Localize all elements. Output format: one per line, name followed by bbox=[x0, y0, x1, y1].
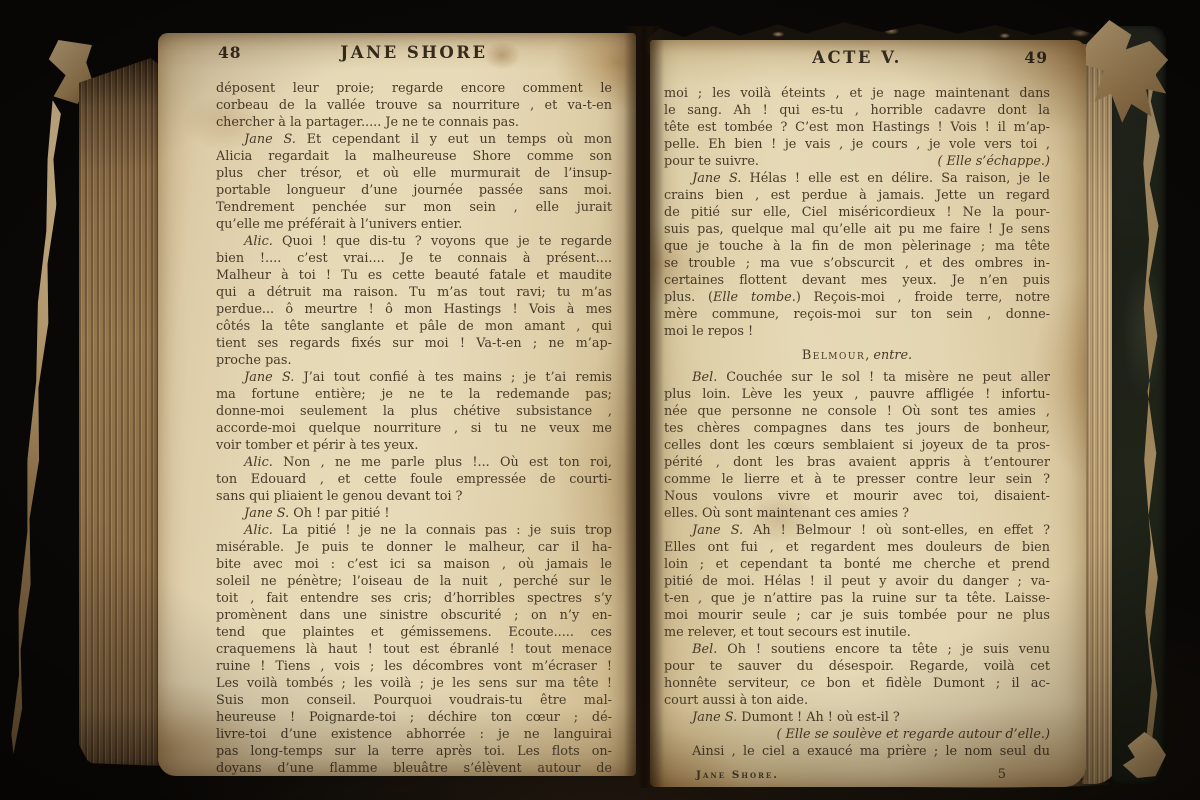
text-line: ton Edouard , et cette foule empressée d… bbox=[216, 471, 612, 488]
text-line: plus. (Elle tombe.) Reçois-moi , froide … bbox=[664, 289, 1050, 306]
text-line: qu’elle me préférait à l’univers entier. bbox=[216, 216, 612, 233]
text-line: bite avec moi : c’est ici sa maison , où… bbox=[216, 556, 612, 573]
text-line: Suis mon conseil. Pourquoi voudrais-tu ê… bbox=[216, 692, 612, 709]
text-line: qui a détruit ma raison. Tu m’as tout ra… bbox=[216, 284, 612, 301]
text-line: proche pas. bbox=[216, 352, 612, 369]
text-line: Jane S. Ah ! Belmour ! où sont-elles, en… bbox=[664, 522, 1050, 539]
text-line: chercher à la partager..... Je ne te con… bbox=[216, 114, 612, 131]
text-line: loin ; et cependant ta bonté me cherche … bbox=[664, 556, 1050, 573]
text-line: perdue... ô meurtre ! ô mon Hastings ! V… bbox=[216, 301, 612, 318]
text-line: toit , fait entendre ses cris; d’horribl… bbox=[216, 590, 612, 607]
text-line: Jane S. Et cependant il y eut un temps o… bbox=[216, 131, 612, 148]
text-line: doyans d’une flamme bleuâtre s’élèvent a… bbox=[216, 760, 612, 777]
text-line: Alic. La pitié ! je ne la connais pas : … bbox=[216, 522, 612, 539]
text-line: plus cher trésor, et où elle murmurait d… bbox=[216, 165, 612, 182]
text-line: côtés la tête sanglante et pâle de mon a… bbox=[216, 318, 612, 335]
text-line: Jane S. J’ai tout confié à tes mains ; j… bbox=[216, 369, 612, 386]
text-line: t-en , que je n’attire pas la ruine sur … bbox=[664, 590, 1050, 607]
text-line: de pitié sur elle, Ciel miséricordieux !… bbox=[664, 204, 1050, 221]
text-line: mère commune, reçois-moi sur ton sein , … bbox=[664, 306, 1050, 323]
text-line: accorde-moi quelque nourriture , si tu n… bbox=[216, 420, 612, 437]
page-footer-right: Jane Shore. 5 bbox=[664, 767, 1050, 782]
text-line: ruine ! Tiens , vois ; les décombres von… bbox=[216, 658, 612, 675]
running-title-left: JANE SHORE bbox=[340, 43, 487, 62]
text-line: ma fortune entière; je ne te la redemand… bbox=[216, 386, 612, 403]
text-line: Alicia regardait la malheureuse Shore co… bbox=[216, 148, 612, 165]
text-line: Alic. Quoi ! que dis-tu ? voyons que je … bbox=[216, 233, 612, 250]
text-line: me relever, et tout secours est inutile. bbox=[664, 624, 1050, 641]
text-line: se trouble ; ma vue s’obscurcit , et des… bbox=[664, 255, 1050, 272]
text-line: misérable. Je puis te donner le malheur,… bbox=[216, 539, 612, 556]
running-title-right: ACTE V. bbox=[812, 48, 902, 67]
text-line: voir tomber et périr à tes yeux. bbox=[216, 437, 612, 454]
text-line: sans qui pliaient le genou devant toi ? bbox=[216, 488, 612, 505]
text-line: moi le repos ! bbox=[664, 323, 1050, 340]
text-line: honnête serviteur, ce bon et fidèle Dumo… bbox=[664, 675, 1050, 692]
text-line: pour te suivre.( Elle s’échappe.) bbox=[664, 153, 1050, 170]
text-line: ( Elle se soulève et regarde autour d’el… bbox=[664, 726, 1050, 743]
text-line: le sang. Ah ! qui es-tu , horrible cadav… bbox=[664, 102, 1050, 119]
text-line: craquemens là haut ! tout est ébranlé ! … bbox=[216, 641, 612, 658]
text-line: elles. Où sont maintenant ces amies ? bbox=[664, 505, 1050, 522]
text-line: donne-moi seulement la plus chétive subs… bbox=[216, 403, 612, 420]
text-line: Bel. Oh ! soutiens encore ta tête ; je s… bbox=[664, 641, 1050, 658]
page-text-left: déposent leur proie; regarde encore comm… bbox=[216, 80, 612, 777]
text-line: crains bien , est perdue à jamais. Jette… bbox=[664, 187, 1050, 204]
text-line: Jane S. Oh ! par pitié ! bbox=[216, 505, 612, 522]
text-line: Jane S. Dumont ! Ah ! où est-il ? bbox=[664, 709, 1050, 726]
signature-title: Jane Shore. bbox=[696, 769, 779, 781]
text-line: Alic. Non , ne me parle plus !... Où est… bbox=[216, 454, 612, 471]
page-header-left: 48 JANE SHORE bbox=[216, 43, 612, 73]
signature-number: 5 bbox=[998, 767, 1006, 782]
text-line: court aussi à ton aide. bbox=[664, 692, 1050, 709]
text-line: pelle. Eh bien ! je vais , je cours , je… bbox=[664, 136, 1050, 153]
text-line: tend que plaintes et gémissemens. Ecoute… bbox=[216, 624, 612, 641]
text-line: promènent dans une sinistre obscurité ; … bbox=[216, 607, 612, 624]
text-line: Les voilà tombés ; les voilà ; je les se… bbox=[216, 675, 612, 692]
text-line: née que personne ne console ! Où sont te… bbox=[664, 403, 1050, 420]
text-line: tient ses regards fixés sur moi ! Va-t-e… bbox=[216, 335, 612, 352]
text-line: heureuse ! Poignarde-toi ; déchire ton c… bbox=[216, 709, 612, 726]
text-line: soleil ne pénètre; l’oiseau de la nuit ,… bbox=[216, 573, 612, 590]
page-header-right: ACTE V. 49 bbox=[664, 48, 1050, 78]
text-line: Belmour, entre. bbox=[664, 347, 1050, 364]
text-line: Jane S. Hélas ! elle est en délire. Sa r… bbox=[664, 170, 1050, 187]
text-line: déposent leur proie; regarde encore comm… bbox=[216, 80, 612, 97]
text-line: Elles ont fui , et regardent mes douleur… bbox=[664, 539, 1050, 556]
page-text-right: moi ; les voilà éteints , et je nage mai… bbox=[664, 85, 1050, 760]
text-line: suis pas, quelque mal qu’elle ait pu me … bbox=[664, 221, 1050, 238]
text-line: tête est tombée ? C’est mon Hastings ! V… bbox=[664, 119, 1050, 136]
photo-open-antique-book: 48 JANE SHORE déposent leur proie; regar… bbox=[0, 0, 1200, 800]
text-line: Ainsi , le ciel a exaucé ma prière ; le … bbox=[664, 743, 1050, 760]
text-line: moi mourir seule ; car je suis tombée po… bbox=[664, 607, 1050, 624]
text-line: Nous voulons vivre et mourir avec toi, d… bbox=[664, 488, 1050, 505]
text-line: pour te sauver du désespoir. Regarde, vo… bbox=[664, 658, 1050, 675]
text-line: Tendrement penchée sur mon sein , elle j… bbox=[216, 199, 612, 216]
text-line: que je touche à la fin de mon pèlerinage… bbox=[664, 238, 1050, 255]
book-fore-edge-left bbox=[79, 58, 162, 766]
text-line: corbeau de la vallée trouve sa nourritur… bbox=[216, 97, 612, 114]
text-line: portable longueur d’une journée passée s… bbox=[216, 182, 612, 199]
page-number-right: 49 bbox=[1024, 48, 1050, 67]
text-line: pitié de moi. Hélas ! il peut y avoir du… bbox=[664, 573, 1050, 590]
text-line: périté , dont les bras avaient appris à … bbox=[664, 454, 1050, 471]
book-page-left: 48 JANE SHORE déposent leur proie; regar… bbox=[158, 33, 636, 776]
text-line: comme le lierre et à te presser contre l… bbox=[664, 471, 1050, 488]
text-line: moi ; les voilà éteints , et je nage mai… bbox=[664, 85, 1050, 102]
page-number-left: 48 bbox=[216, 43, 242, 62]
text-line: plus loin. Lève les yeux , pauvre afflig… bbox=[664, 386, 1050, 403]
text-line: pas long-temps sur la terre après toi. L… bbox=[216, 743, 612, 760]
text-line: celles dont les cœurs semblaient si joye… bbox=[664, 437, 1050, 454]
text-line: livre-toi d’une existence abhorrée : je … bbox=[216, 726, 612, 743]
book-page-right: ACTE V. 49 moi ; les voilà éteints , et … bbox=[650, 40, 1086, 787]
text-line: certaines flottent devant mes yeux. Je n… bbox=[664, 272, 1050, 289]
text-line: tes chères compagnes dans tes jours de b… bbox=[664, 420, 1050, 437]
text-line: bien !.... c’est vrai.... Je te connais … bbox=[216, 250, 612, 267]
text-line: Malheur à toi ! Tu es cette beauté fatal… bbox=[216, 267, 612, 284]
text-line: Bel. Couchée sur le sol ! ta misère ne p… bbox=[664, 369, 1050, 386]
